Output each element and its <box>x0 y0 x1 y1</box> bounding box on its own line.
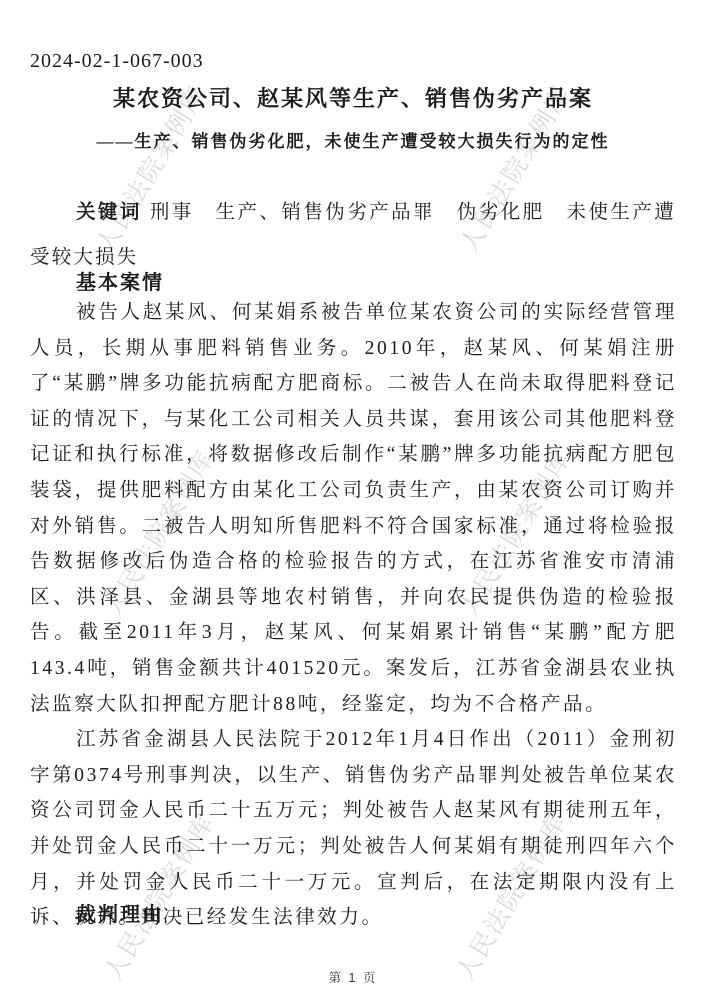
body-paragraph: 被告人赵某风、何某娟系被告单位某农资公司的实际经营管理人员，长期从事肥料销售业务… <box>30 295 677 722</box>
case-title: 某农资公司、赵某风等生产、销售伪劣产品案 <box>0 82 706 113</box>
case-subtitle: ——生产、销售伪劣化肥，未使生产遭受较大损失行为的定性 <box>0 127 706 152</box>
page-number: 第 1 页 <box>0 968 706 986</box>
keywords-label: 关键词 <box>76 201 142 223</box>
body-text: 被告人赵某风、何某娟系被告单位某农资公司的实际经营管理人员，长期从事肥料销售业务… <box>30 295 677 936</box>
doc-number: 2024-02-1-067-003 <box>30 50 204 73</box>
section-heading-judgment-reasons: 裁判理由 <box>76 898 164 927</box>
document-page: 人民法院案例库 人民法院案例库 人民法院案例库 人民法院案例库 人民法院案例库 … <box>0 0 706 999</box>
section-heading-basic-facts: 基本案情 <box>76 266 164 295</box>
